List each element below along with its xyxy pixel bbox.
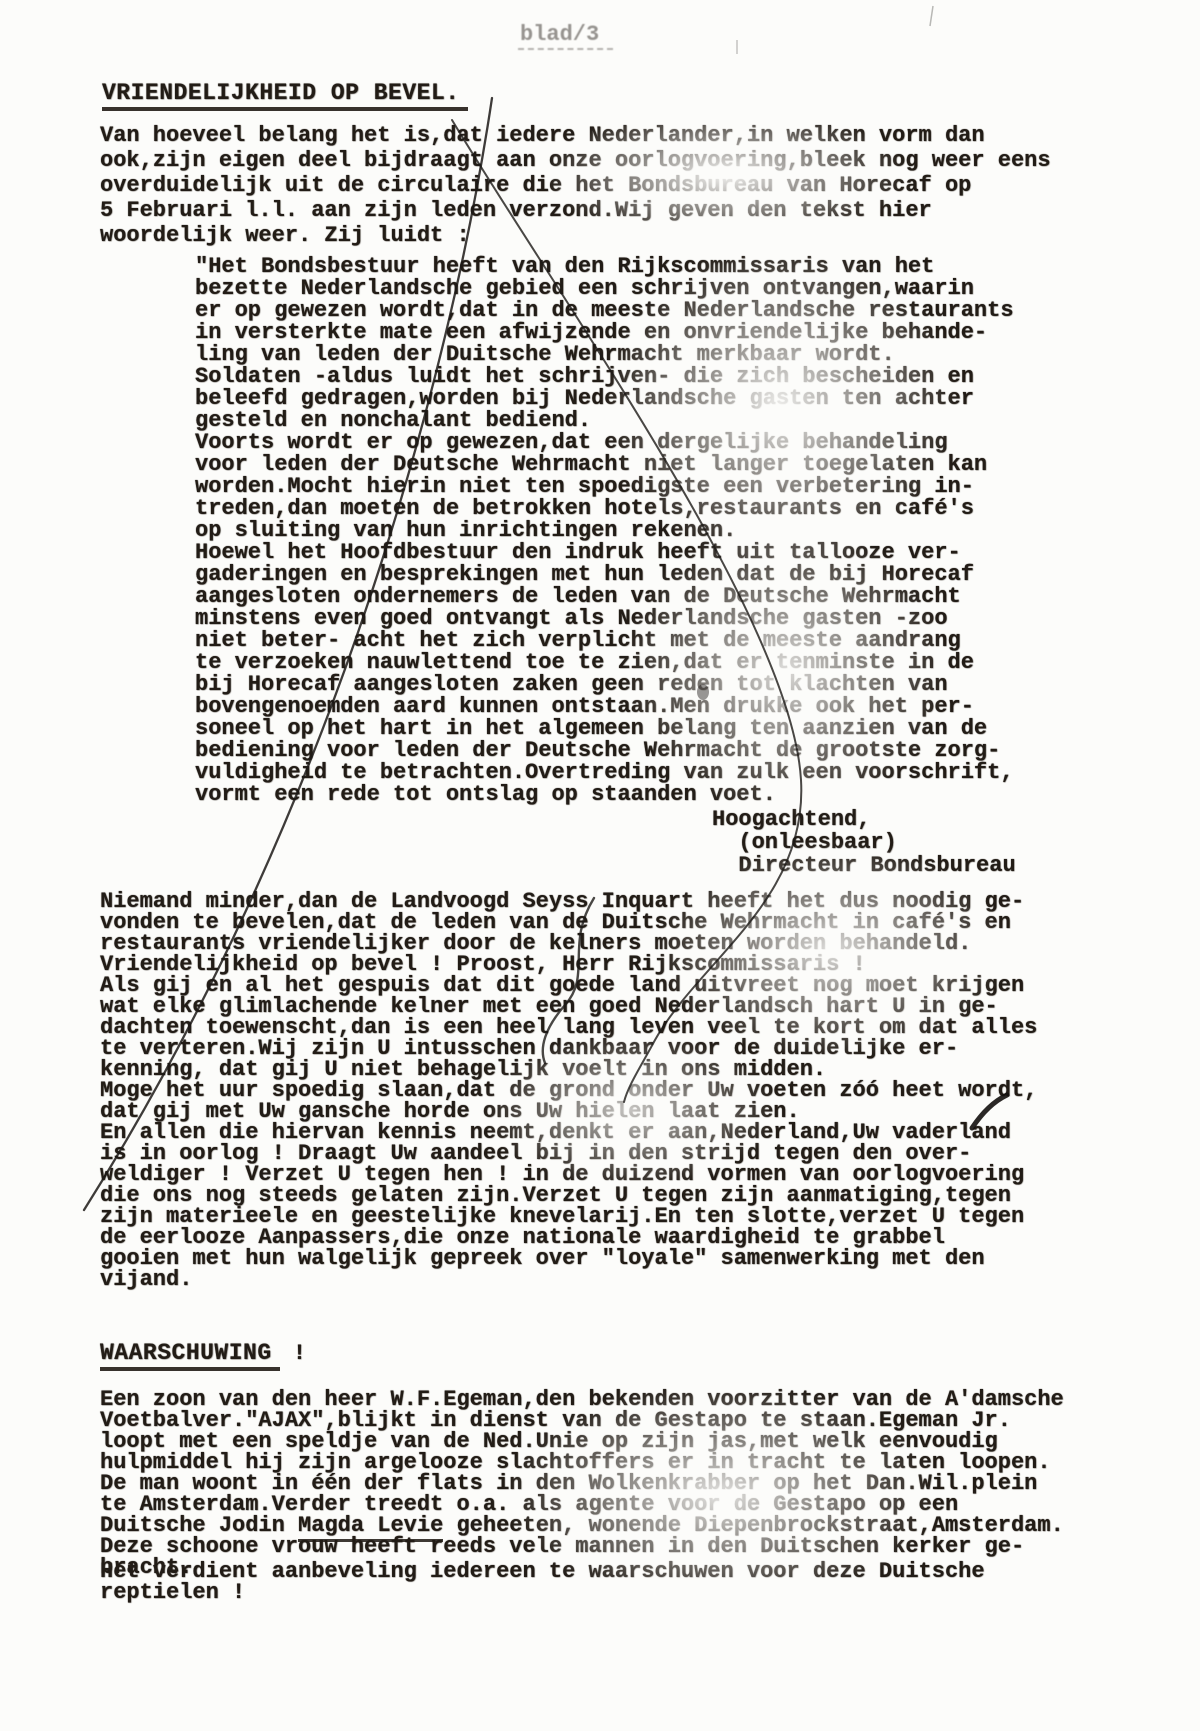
text-line: Het verdient aanbeveling iedereen te waa… xyxy=(100,1561,1170,1582)
text-line: weldiger ! Verzet U tegen hen ! in de du… xyxy=(100,1164,1170,1185)
text-line: bediening voor leden der Deutsche Wehrma… xyxy=(195,740,1170,762)
text-line: ling van leden der Duitsche Wehrmacht me… xyxy=(195,344,1170,366)
text-line: Directeur Bondsbureau xyxy=(712,854,1170,877)
article2-lines-before-name: Een zoon van den heer W.F.Egeman,den bek… xyxy=(100,1389,1170,1515)
text-line: aangesloten ondernemers de leden van de … xyxy=(195,586,1170,608)
text-line: Deze schoone vrouw heeft reeds vele mann… xyxy=(100,1536,1170,1557)
text-line: zijn materieele en geestelijke knevelari… xyxy=(100,1206,1170,1227)
text-line: Voetbalver."AJAX",blijkt in dienst van d… xyxy=(100,1410,1170,1431)
text-line: vuldigheid te betrachten.Overtreding van… xyxy=(195,762,1170,784)
article2-lines-after-name: Deze schoone vrouw heeft reeds vele mann… xyxy=(100,1536,1170,1557)
text-line: vijand. xyxy=(100,1269,1170,1290)
text-line: Voorts wordt er op gewezen,dat een derge… xyxy=(195,432,1170,454)
text-line: te verteren.Wij zijn U intusschen dankba… xyxy=(100,1038,1170,1059)
page-header: blad/3 xyxy=(518,22,1170,50)
text-line: loopt met een speldje van de Ned.Unie op… xyxy=(100,1431,1170,1452)
text-line: Een zoon van den heer W.F.Egeman,den bek… xyxy=(100,1389,1170,1410)
text-line: Als gij en al het gespuis dat dit goede … xyxy=(100,975,1170,996)
text-line: niet beter- acht het zich verplicht met … xyxy=(195,630,1170,652)
page-number-label: blad/3 xyxy=(518,22,613,50)
article1-title-row: VRIENDELIJKHEID OP BEVEL. xyxy=(102,80,1170,111)
text-line: ook,zijn eigen deel bijdraagt aan onze o… xyxy=(100,148,1170,173)
text-line: hulpmiddel hij zijn argelooze slachtoffe… xyxy=(100,1452,1170,1473)
text-line: reptielen ! xyxy=(100,1582,1170,1603)
article1-intro-paragraph: Van hoeveel belang het is,dat iedere Ned… xyxy=(100,123,1170,248)
text-line: restaurants vriendelijker door de kelner… xyxy=(100,933,1170,954)
article2-title: WAARSCHUWING xyxy=(100,1340,280,1371)
text-line: Vriendelijkheid op bevel ! Proost, Herr … xyxy=(100,954,1170,975)
text-line: bezette Nederlandsche gebied een schrijv… xyxy=(195,278,1170,300)
text-line: is in oorlog ! Draagt Uw aandeel bij in … xyxy=(100,1143,1170,1164)
typewritten-content: blad/3 VRIENDELIJKHEID OP BEVEL. Van hoe… xyxy=(100,0,1170,1603)
text-line: bij Horecaf aangesloten zaken geen reden… xyxy=(195,674,1170,696)
text-line: soneel op het hart in het algemeen belan… xyxy=(195,718,1170,740)
text-line: die ons nog steeds gelaten zijn.Verzet U… xyxy=(100,1185,1170,1206)
article2-paragraph: Een zoon van den heer W.F.Egeman,den bek… xyxy=(100,1389,1170,1603)
text-line-with-underlined-name: Duitsche Jodin Magda Levie geheeten, won… xyxy=(100,1515,1170,1536)
text-line: voor leden der Deutsche Wehrmacht niet l… xyxy=(195,454,1170,476)
text-line: Niemand minder,dan de Landvoogd Seyss In… xyxy=(100,891,1170,912)
text-line: overduidelijk uit de circulaire die het … xyxy=(100,173,1170,198)
text-line: beleefd gedragen,worden bij Nederlandsch… xyxy=(195,388,1170,410)
text-line: kenning, dat gij U niet behagelijk voelt… xyxy=(100,1059,1170,1080)
text-line: Van hoeveel belang het is,dat iedere Ned… xyxy=(100,123,1170,148)
text-line: Hoogachtend, xyxy=(712,808,1170,831)
text-line: worden.Mocht hierin niet ten spoedigste … xyxy=(195,476,1170,498)
text-line: En allen die hiervan kennis neemt,denkt … xyxy=(100,1122,1170,1143)
circular-quote-block: "Het Bondsbestuur heeft van den Rijkscom… xyxy=(195,256,1170,806)
scanned-document-page: blad/3 VRIENDELIJKHEID OP BEVEL. Van hoe… xyxy=(0,0,1200,1731)
text-line: in versterkte mate een afwijzende en onv… xyxy=(195,322,1170,344)
text-line: Hoewel het Hoofdbestuur den indruk heeft… xyxy=(195,542,1170,564)
text-line: dat gij met Uw gansche horde ons Uw hiel… xyxy=(100,1101,1170,1122)
article2-title-row: WAARSCHUWING ! xyxy=(100,1340,1170,1371)
text-line: de eerlooze Aanpassers,die onze national… xyxy=(100,1227,1170,1248)
text-line: dachten toewenscht,dan is een heel lang … xyxy=(100,1017,1170,1038)
text-line: vormt een rede tot ontslag op staanden v… xyxy=(195,784,1170,806)
text-line: (onleesbaar) xyxy=(712,831,1170,854)
text-line: bovengenoemden aard kunnen ontstaan.Men … xyxy=(195,696,1170,718)
text-line: er op gewezen wordt,dat in de meeste Ned… xyxy=(195,300,1170,322)
text-line: Moge het uur spoedig slaan,dat de grond … xyxy=(100,1080,1170,1101)
text-line: treden,dan moeten de betrokken hotels,re… xyxy=(195,498,1170,520)
text-line: wat elke glimlachende kelner met een goe… xyxy=(100,996,1170,1017)
text-line: minstens even goed ontvangt als Nederlan… xyxy=(195,608,1170,630)
text-line: gesteld en nonchalant bediend. xyxy=(195,410,1170,432)
text-line: gooien met hun walgelijk gepreek over "l… xyxy=(100,1248,1170,1269)
article1-title: VRIENDELIJKHEID OP BEVEL. xyxy=(102,80,468,111)
text-line: De man woont in één der flats in den Wol… xyxy=(100,1473,1170,1494)
text-line: vonden te bevelen,dat de leden van de Du… xyxy=(100,912,1170,933)
article2-closing-lines: Het verdient aanbeveling iedereen te waa… xyxy=(100,1561,1170,1603)
article2-title-suffix: ! xyxy=(280,1341,306,1366)
signature-block: Hoogachtend, (onleesbaar) Directeur Bond… xyxy=(712,808,1170,877)
text-line: te Amsterdam.Verder treedt o.a. als agen… xyxy=(100,1494,1170,1515)
text-line: woordelijk weer. Zij luidt : xyxy=(100,223,1170,248)
text-line: "Het Bondsbestuur heeft van den Rijkscom… xyxy=(195,256,1170,278)
text-line: gaderingen en besprekingen met hun leden… xyxy=(195,564,1170,586)
text-line: 5 Februari l.l. aan zijn leden verzond.W… xyxy=(100,198,1170,223)
text-line: Soldaten -aldus luidt het schrijven- die… xyxy=(195,366,1170,388)
text-line: te verzoeken nauwlettend toe te zien,dat… xyxy=(195,652,1170,674)
article1-commentary-paragraph: Niemand minder,dan de Landvoogd Seyss In… xyxy=(100,891,1170,1290)
text-line: op sluiting van hun inrichtingen rekenen… xyxy=(195,520,1170,542)
